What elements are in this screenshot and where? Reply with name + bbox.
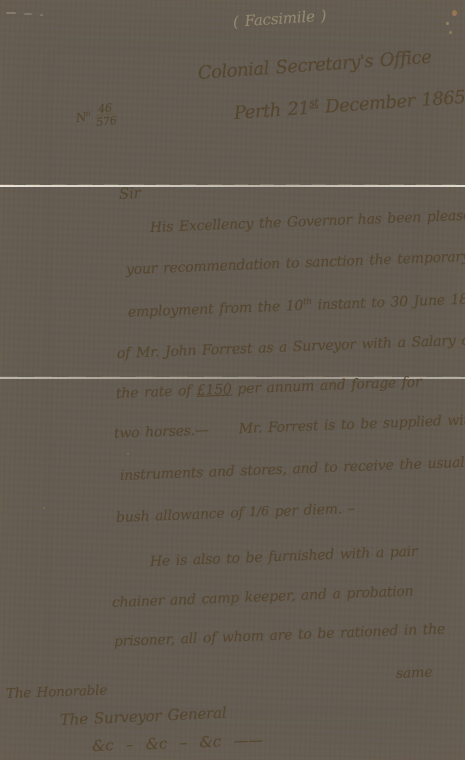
address-honorable: The Honorable [6, 682, 108, 702]
address-surveyor-general: The Surveyor General [60, 704, 227, 729]
body-line-3: employment from the 10th instant to 30 J… [128, 290, 465, 321]
body-line-5: the rate of £150 per annum and forage fo… [116, 374, 422, 402]
pencil-mark-speck [6, 12, 16, 14]
body-line-6: two horses.—Mr. Forrest is to be supplie… [114, 411, 465, 442]
body-line-10: chainer and camp keeper, and a probation [112, 583, 414, 611]
body-line-5a: the rate of [116, 383, 198, 402]
body-line-3a: employment from the 10 [128, 298, 304, 321]
body-line-8a: bush allowance of [116, 505, 250, 526]
dateline: Perth 21st December 1865 [233, 86, 465, 124]
office-header: Colonial Secretary's Office [197, 47, 432, 84]
body-line-6b: Mr. Forrest is to be supplied with all [238, 411, 465, 437]
body-line-12: same [396, 665, 433, 682]
fold-crease-top [0, 184, 465, 187]
body-line-1: His Excellency the Governor has been ple… [150, 206, 465, 236]
allowance-rate: 1/6 [249, 503, 269, 519]
file-number-ordinal: o [85, 109, 90, 118]
body-line-3b: instant to 30 June 1866, [312, 291, 465, 314]
rust-speck [452, 10, 457, 16]
file-number-bottom: 576 [96, 114, 118, 128]
ink-dot-speck [43, 507, 45, 509]
ink-dot-speck [127, 453, 129, 455]
pencil-mark-speck [24, 13, 32, 15]
body-line-3-ordinal: th [303, 297, 312, 307]
body-line-5c: per annum and forage for [231, 374, 421, 397]
body-line-8c: per diem. – [269, 501, 355, 520]
body-line-9: He is also to be furnished with a pair [150, 544, 418, 570]
rust-speck [446, 22, 449, 25]
salary-amount: £150 [197, 382, 232, 399]
pencil-facsimile-note: ( Facsimile ) [232, 6, 327, 30]
body-line-6a: two horses.— [114, 422, 209, 442]
salutation: Sir [119, 184, 142, 203]
file-number: No 46 576 [75, 102, 117, 130]
body-line-11: prisoner, all of whom are to be rationed… [114, 621, 446, 650]
dateline-post: December 1865 [318, 87, 465, 118]
body-line-4: of Mr. John Forrest as a Surveyor with a… [117, 332, 465, 362]
body-line-2: your recommendation to sanction the temp… [126, 249, 465, 278]
rust-speck [449, 31, 452, 34]
pencil-mark-speck [40, 14, 43, 16]
body-line-8: bush allowance of 1/6 per diem. – [116, 500, 355, 526]
dateline-pre: Perth 21 [233, 98, 310, 124]
address-etcetera: &c – &c – &c —— [92, 731, 264, 755]
sentence-gap [209, 433, 239, 434]
file-number-fraction: 46 576 [94, 102, 117, 128]
letter-scan-page: ( Facsimile ) Colonial Secretary's Offic… [0, 0, 465, 760]
body-line-7: instruments and stores, and to receive t… [120, 455, 465, 484]
